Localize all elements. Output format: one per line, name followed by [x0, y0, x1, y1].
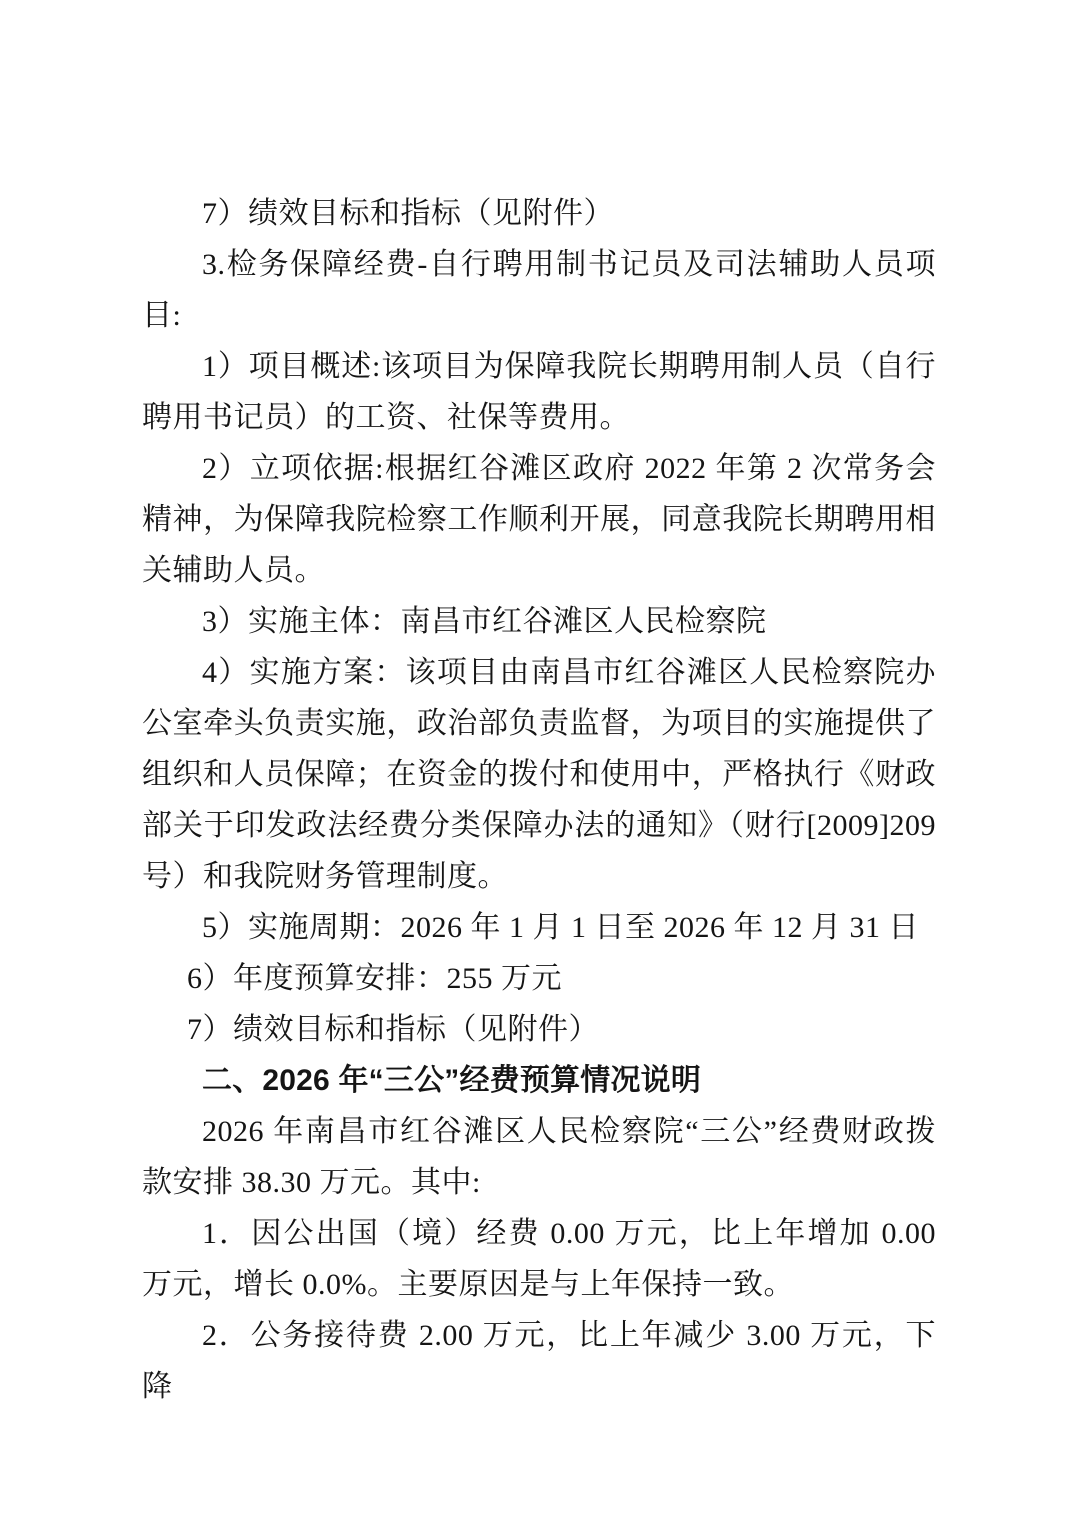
project-overview: 1）项目概述:该项目为保障我院长期聘用制人员（自行聘用书记员）的工资、社保等费用…: [142, 341, 936, 443]
implementation-subject: 3）实施主体：南昌市红谷滩区人民检察院: [142, 596, 936, 647]
annual-budget-amount: 6）年度预算安排：255 万元: [142, 953, 936, 1004]
performance-goals-line-1: 7）绩效目标和指标（见附件）: [142, 188, 936, 239]
project-basis: 2）立项依据:根据红谷滩区政府 2022 年第 2 次常务会精神，为保障我院检察…: [142, 443, 936, 596]
section-2-heading: 二、2026 年“三公”经费预算情况说明: [142, 1055, 936, 1106]
performance-goals-line-2: 7）绩效目标和指标（见附件）: [142, 1004, 936, 1055]
document-page: 7）绩效目标和指标（见附件） 3.检务保障经费-自行聘用制书记员及司法辅助人员项…: [0, 0, 1074, 1520]
implementation-period: 5）实施周期：2026 年 1 月 1 日至 2026 年 12 月 31 日: [142, 902, 936, 953]
project-3-title: 3.检务保障经费-自行聘用制书记员及司法辅助人员项目:: [142, 239, 936, 341]
overseas-expense-item: 1．因公出国（境）经费 0.00 万元，比上年增加 0.00 万元，增长 0.0…: [142, 1208, 936, 1310]
reception-expense-item: 2．公务接待费 2.00 万元，比上年减少 3.00 万元，下降: [142, 1310, 936, 1412]
document-content: 7）绩效目标和指标（见附件） 3.检务保障经费-自行聘用制书记员及司法辅助人员项…: [142, 188, 936, 1412]
implementation-plan: 4）实施方案：该项目由南昌市红谷滩区人民检察院办公室牵头负责实施，政治部负责监督…: [142, 647, 936, 902]
three-public-funds-intro: 2026 年南昌市红谷滩区人民检察院“三公”经费财政拨款安排 38.30 万元。…: [142, 1106, 936, 1208]
